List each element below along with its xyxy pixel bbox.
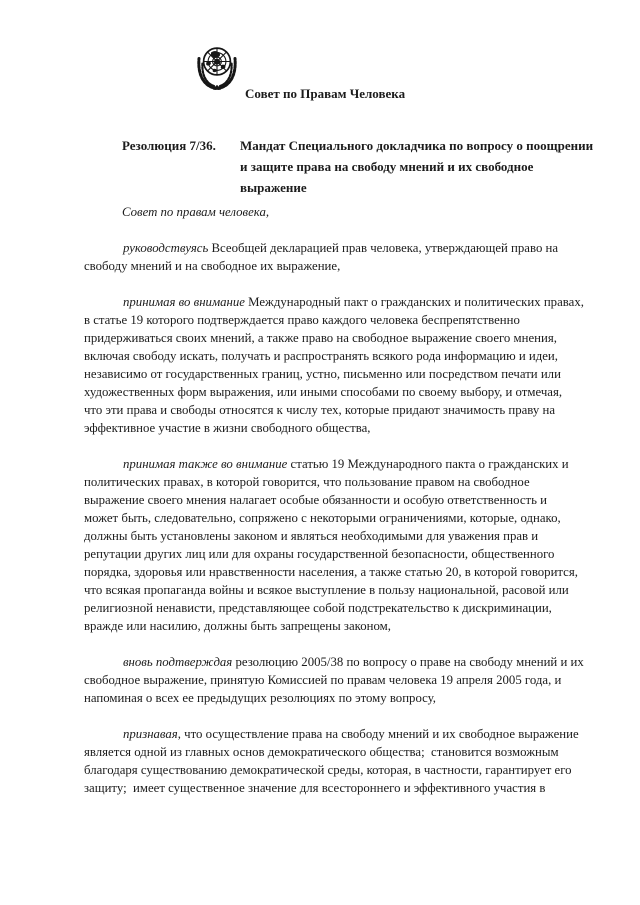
- preambular-paragraph-4: вновь подтверждая резолюцию 2005/38 по в…: [84, 653, 640, 707]
- resolution-title: Мандат Специального докладчика по вопрос…: [240, 135, 593, 198]
- paragraph-lead: принимая во внимание: [123, 295, 245, 309]
- document-body: Совет по правам человека, руководствуясь…: [84, 203, 640, 797]
- preambular-paragraph-5: признавая, что осуществление права на св…: [84, 725, 640, 797]
- preambular-paragraph-2: принимая во внимание Международный пакт …: [84, 293, 640, 437]
- resolution-heading: Резолюция 7/36. Мандат Специального докл…: [122, 135, 593, 198]
- paragraph-text: статью 19 Международного пакта о граждан…: [84, 457, 578, 633]
- resolution-number: Резолюция 7/36.: [122, 135, 240, 156]
- paragraph-text: Международный пакт о гражданских и полит…: [84, 295, 584, 435]
- un-emblem-icon: [192, 41, 242, 92]
- paragraph-lead: признавая: [123, 727, 178, 741]
- paragraph-lead: принимая также во внимание: [123, 457, 287, 471]
- preambular-paragraph-1: руководствуясь Всеобщей декларацией прав…: [84, 239, 640, 275]
- paragraph-lead: руководствуясь: [123, 241, 208, 255]
- salutation: Совет по правам человека,: [84, 203, 640, 221]
- paragraph-lead: вновь подтверждая: [123, 655, 232, 669]
- org-title: Совет по Правам Человека: [245, 86, 405, 102]
- document-page: Совет по Правам Человека Резолюция 7/36.…: [0, 0, 640, 905]
- preambular-paragraph-3: принимая также во внимание статью 19 Меж…: [84, 455, 640, 635]
